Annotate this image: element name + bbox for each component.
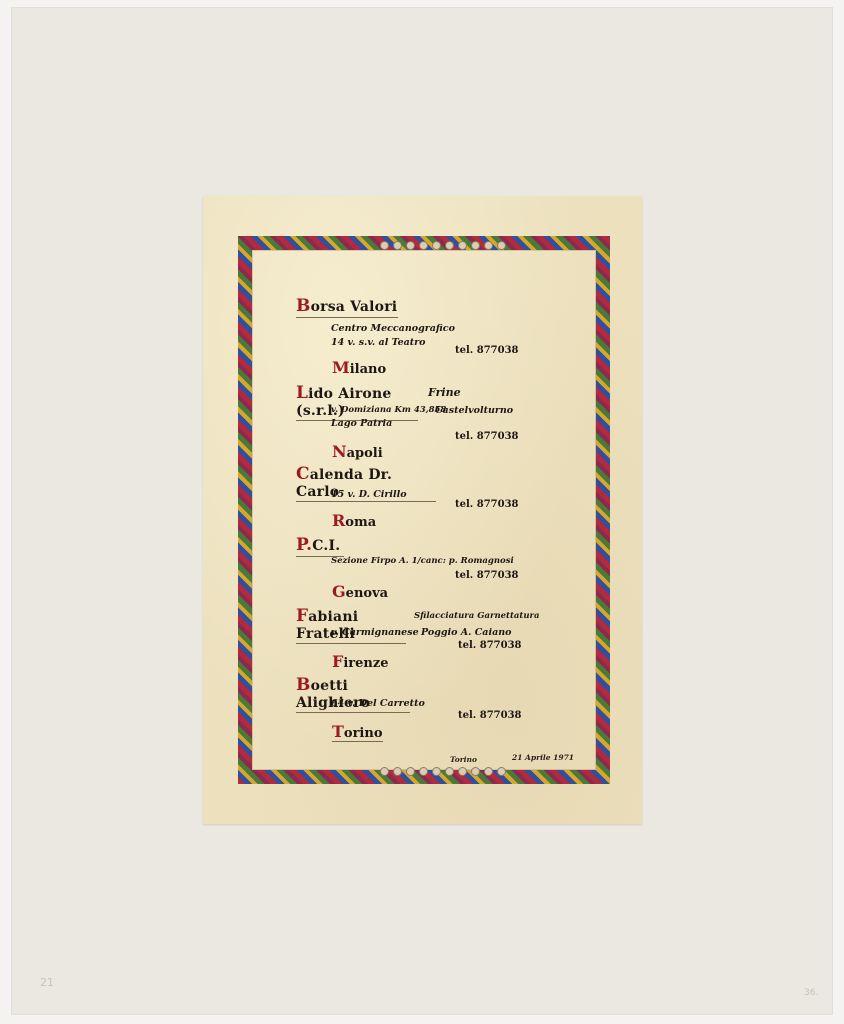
footer-date: 21 Aprile 1971	[512, 753, 574, 762]
entry-4-city: Genova	[332, 582, 388, 601]
pencil-mark-right: 36.	[804, 988, 818, 998]
entry-1-tel: tel. 877038	[455, 345, 519, 356]
flower-vine-top	[380, 240, 506, 250]
entry-4-tel: tel. 877038	[455, 570, 519, 581]
entry-2-city: Napoli	[332, 442, 383, 461]
entry-5-city: Firenze	[332, 652, 389, 671]
entry-4-line-1: Sezione Firpo A. 1/canc: p. Romagnosi	[331, 556, 514, 566]
entry-5-line-right: Poggio A. Caiano	[421, 627, 511, 638]
entry-2-line-2: Lago Patria	[331, 418, 392, 429]
entry-5-name-extra: Sfilacciatura Garnettatura	[414, 611, 539, 621]
entry-3-city: Roma	[332, 511, 376, 530]
entry-5-line-1: v. Carmignanese	[331, 627, 419, 638]
entry-4-name: P.C.I.	[296, 535, 344, 557]
entry-5-tel: tel. 877038	[458, 640, 522, 651]
entry-2-line-1: v. Domiziana Km 43,858	[331, 405, 446, 415]
entry-2-name: Lido Airone (s.r.l.)	[296, 383, 418, 421]
entry-2-line-right: Castelvolturno	[435, 405, 513, 416]
entry-1-line-1: Centro Meccanografico	[331, 323, 455, 334]
entry-1-city: Milano	[332, 358, 386, 377]
entry-5-name: Fabiani Fratelli	[296, 606, 406, 644]
entry-6-line-1: 64 v. Del Carretto	[331, 698, 425, 709]
footer-place: Torino	[450, 755, 477, 764]
pencil-mark-left: 21	[40, 976, 54, 989]
entry-3-tel: tel. 877038	[455, 499, 519, 510]
flower-vine-bottom	[380, 766, 506, 776]
entry-2-tel: tel. 877038	[455, 431, 519, 442]
entry-1-line-2: 14 v. s.v. al Teatro	[331, 337, 426, 348]
entry-6-city: Torino	[332, 722, 383, 742]
entry-1-name: Borsa Valori	[296, 296, 398, 318]
entry-3-line-1: 15 v. D. Cirillo	[331, 489, 407, 500]
entry-2-name-extra: Frine	[428, 386, 461, 399]
entry-6-tel: tel. 877038	[458, 710, 522, 721]
